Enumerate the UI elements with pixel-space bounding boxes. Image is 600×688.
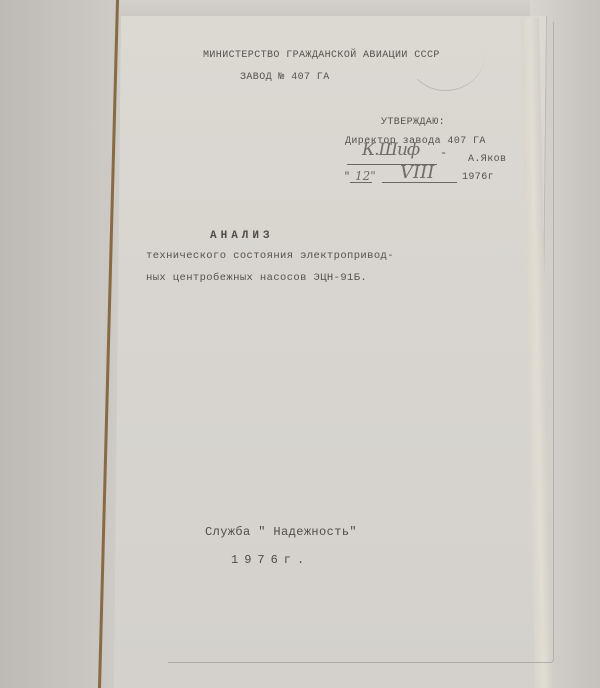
handwritten-signature: К.Шиф: [362, 140, 419, 160]
document-subtitle-line-1: технического состояния электропривод-: [146, 250, 394, 262]
approval-year: 1976г: [462, 172, 494, 183]
ministry-heading: МИНИСТЕРСТВО ГРАЖДАНСКОЙ АВИАЦИИ СССР: [203, 50, 440, 61]
approver-name: А.Яков: [468, 154, 506, 165]
page-frame-border: [168, 22, 554, 663]
document-subtitle-line-2: ных центробежных насосов ЭЦН-91Б.: [146, 272, 367, 284]
service-name: Служба " Надежность": [205, 525, 357, 539]
plant-heading: ЗАВОД № 407 ГА: [240, 72, 330, 83]
handwritten-date-day: 12": [355, 169, 376, 183]
signature-dash: -: [440, 146, 448, 160]
document-title: АНАЛИЗ: [210, 230, 274, 242]
date-day-line: [350, 182, 372, 183]
date-month-line: [382, 182, 457, 183]
document-year: 1976г.: [231, 553, 310, 567]
handwritten-date-month: VIII: [400, 162, 434, 183]
approval-label: УТВЕРЖДАЮ:: [381, 117, 445, 128]
